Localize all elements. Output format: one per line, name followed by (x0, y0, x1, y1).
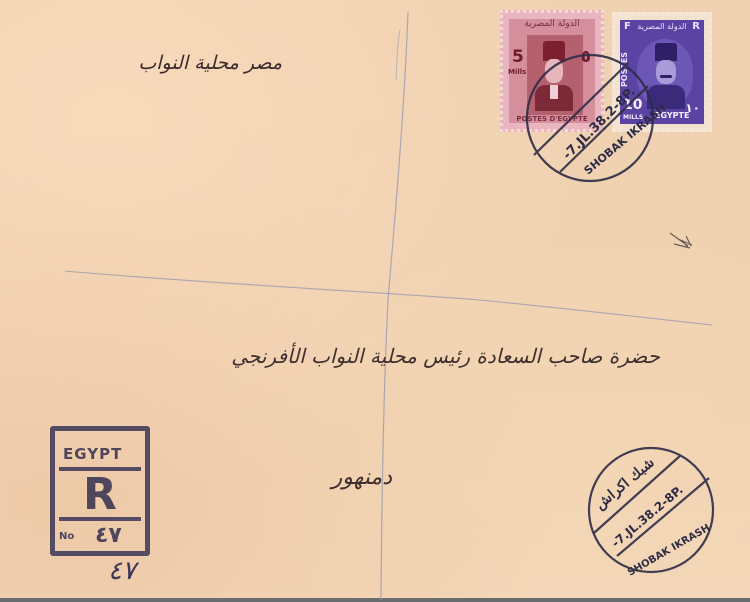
registration-number: ٤٧ (95, 523, 122, 548)
registration-label: EGYPT R No ٤٧ (50, 426, 150, 556)
registration-number-prefix: No (59, 531, 74, 542)
registration-letter: R (83, 469, 117, 520)
registration-country: EGYPT (63, 445, 122, 463)
registration-handwritten-number: ٤٧ (108, 556, 136, 586)
handwritten-number-text: ٤٧ (108, 556, 136, 586)
